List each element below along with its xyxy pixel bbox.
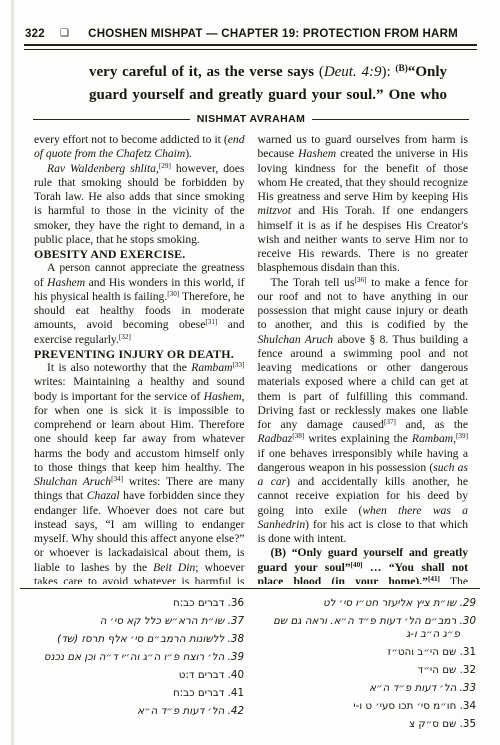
divider-line-left [33,119,190,120]
intro-paragraph: very careful of it, as the verse says (D… [89,61,447,107]
nishmat-avraham-divider: NISHMAT AVRAHAM [33,112,469,126]
page-number: 322 [25,28,45,40]
subheading-obesity-exercise: OBESITY AND EXERCISE. [34,247,245,261]
footnote-item: 41. דברים כב:ח [34,687,244,700]
footnote-item: 35. שם ס״ק צ [266,718,476,731]
footnote-item: 40. דברים ד:ט [34,669,244,682]
paragraph: Rav Waldenberg shlita,[29] however, does… [34,162,245,248]
commentary-columns: every effort not to become addicted to i… [34,133,468,584]
footnote-item: 31. שם הי״ב והט״ז [266,646,476,659]
footnote-item: 42. הל׳ דעות פ״ד ה״א [34,705,244,718]
paragraph: It is also noteworthy that the Rambam[33… [34,361,245,584]
scan-edge-artifact [11,0,14,745]
footnote-rule [20,588,480,589]
footnote-item: 32. שם הי״ד [266,664,476,677]
footnotes-left: 36. דברים כב:ח37. שו״ת הרא״ש כלל קא סי׳ … [34,597,244,736]
open-square-icon: ❑ [60,28,69,39]
paragraph: every effort not to become addicted to i… [34,133,245,162]
footnotes: 36. דברים כב:ח37. שו״ת הרא״ש כלל קא סי׳ … [34,597,476,736]
paragraph: A person cannot appreciate the greatness… [34,261,245,347]
footnote-item: 36. דברים כב:ח [34,597,244,610]
book-page: 322 ❑ CHOSHEN MISHPAT — CHAPTER 19: PROT… [0,0,500,745]
footnote-item: 30. רמב״ם הל׳ דעות פ״ד ה״א. וראה גם שם פ… [266,615,476,640]
footnote-item: 33. הל׳ דעות פ״ד ה״א [266,682,476,695]
paragraph: (B) “Only guard yourself and greatly gua… [258,546,469,584]
column-right: warned us to guard ourselves from harm i… [258,133,469,584]
section-label: NISHMAT AVRAHAM [190,113,312,125]
subheading-preventing-injury: PREVENTING INJURY OR DEATH. [34,347,245,361]
chapter-title: CHOSHEN MISHPAT — CHAPTER 19: PROTECTION… [69,28,477,40]
paragraph: warned us to guard ourselves from harm i… [258,133,469,276]
footnote-item: 37. שו״ת הרא״ש כלל קא סי׳ ה [34,615,244,628]
divider-line-right [312,119,469,120]
footnotes-right: 29. שו״ת ציץ אליעזר חט״ו סי׳ לט30. רמב״ם… [266,597,476,736]
page-header: 322 ❑ CHOSHEN MISHPAT — CHAPTER 19: PROT… [25,28,477,40]
paragraph: The Torah tell us[36] to make a fence fo… [258,276,469,547]
footnote-item: 38. ללשונות הרמב״ם סי׳ אלף תרסז (שד) [34,633,244,646]
footnote-item: 29. שו״ת ציץ אליעזר חט״ו סי׳ לט [266,597,476,610]
footnote-item: 34. חו״מ סי׳ תכו סעי׳ ט ו-י [266,700,476,713]
footnote-item: 39. הל׳ רוצח פ״ו ה״ג וה״י ד״ה וכן אם נכנ… [34,651,244,664]
column-left: every effort not to become addicted to i… [34,133,245,584]
header-double-rule [24,44,477,50]
